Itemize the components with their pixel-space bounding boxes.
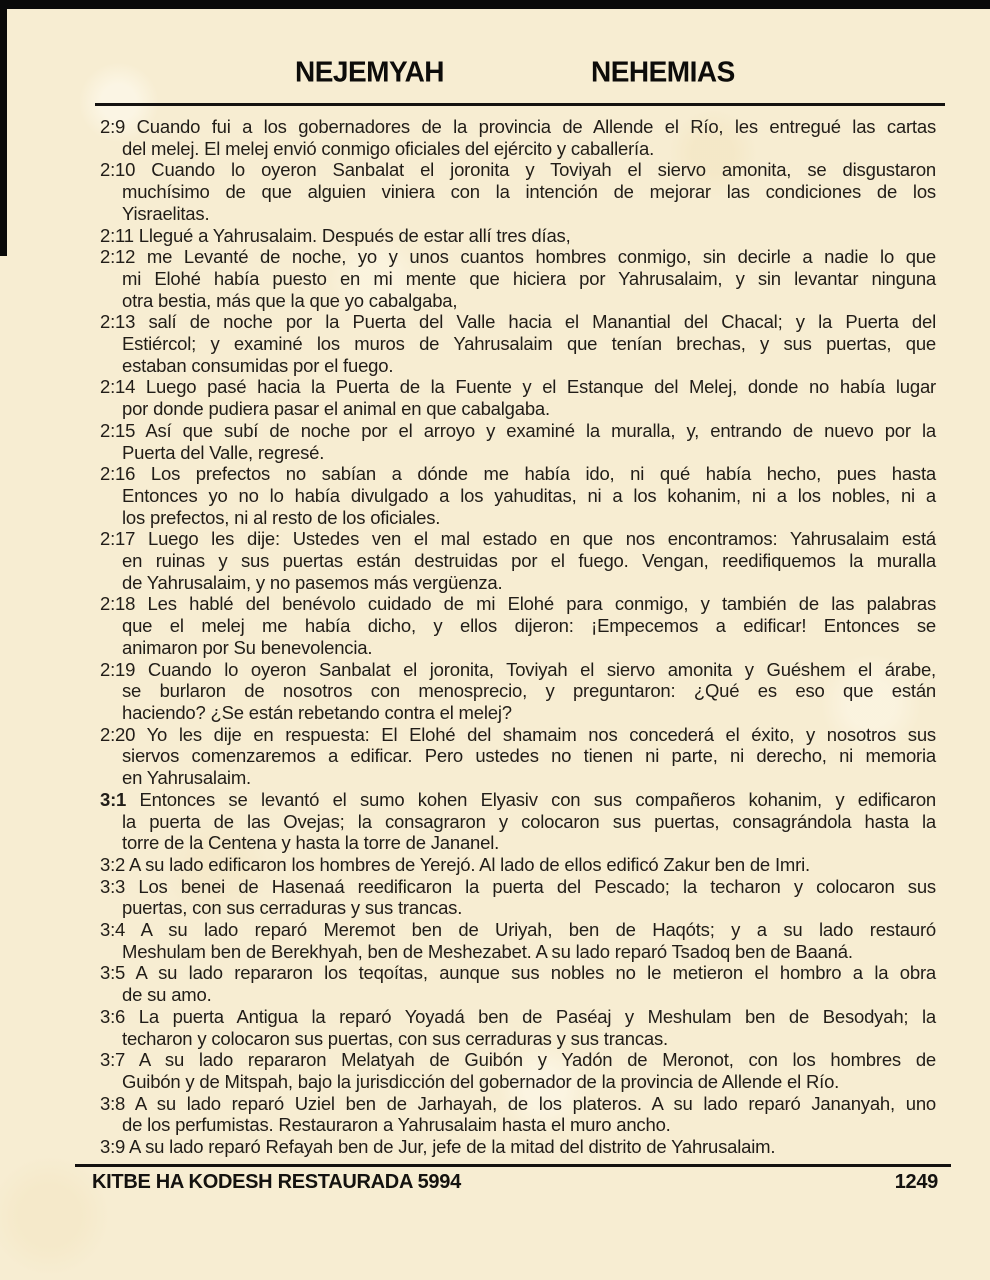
verse-line: 2:9 Cuando fui a los gobernadores de la …: [100, 116, 936, 138]
verse-line: 2:19 Cuando lo oyeron Sanbalat el joroni…: [100, 659, 936, 681]
book-title-transliterated: NEJEMYAH: [295, 55, 444, 88]
verse-line: 3:3 Los benei de Hasenaá reedificaron la…: [100, 876, 936, 898]
verse: 3:9 A su lado reparó Refayah ben de Jur,…: [100, 1136, 936, 1158]
verse-number: 3:6: [100, 1006, 125, 1027]
verse: 3:3 Los benei de Hasenaá reedificaron la…: [100, 876, 936, 919]
verse-line: techaron y colocaron sus puertas, con su…: [100, 1028, 936, 1050]
verse-number: 3:4: [100, 919, 125, 940]
footer-edition-title: KITBE HA KODESH RESTAURADA 5994: [92, 1171, 461, 1194]
verse-line: 3:8 A su lado reparó Uziel ben de Jarhay…: [100, 1093, 936, 1115]
verse-number: 2:20: [100, 724, 135, 745]
verse: 3:6 La puerta Antigua la reparó Yoyadá b…: [100, 1006, 936, 1049]
verse-number: 2:18: [100, 593, 135, 614]
verse-line: Puerta del Valle, regresé.: [100, 442, 936, 464]
verse: 2:12 me Levanté de noche, yo y unos cuan…: [100, 246, 936, 311]
page-edge-left-bar: [0, 0, 7, 256]
verse-number: 3:3: [100, 876, 125, 897]
verse-line: 2:10 Cuando lo oyeron Sanbalat el joroni…: [100, 159, 936, 181]
verse-line: 2:20 Yo les dije en respuesta: El Elohé …: [100, 724, 936, 746]
verse: 2:18 Les hablé del benévolo cuidado de m…: [100, 593, 936, 658]
verse: 2:20 Yo les dije en respuesta: El Elohé …: [100, 724, 936, 789]
verse-number: 3:1: [100, 789, 126, 810]
verse-line: 2:13 salí de noche por la Puerta del Val…: [100, 311, 936, 333]
footer-divider-rule: [75, 1164, 951, 1167]
verse-line: 3:2 A su lado edificaron los hombres de …: [100, 854, 936, 876]
verse: 3:2 A su lado edificaron los hombres de …: [100, 854, 936, 876]
verse-number: 2:11: [100, 225, 134, 246]
verse-line: Estiércol; y examiné los muros de Yahrus…: [100, 333, 936, 355]
verse-line: de los perfumistas. Restauraron a Yahrus…: [100, 1114, 936, 1136]
verse-number: 3:9: [100, 1136, 125, 1157]
verse-line: siervos comenzaremos a edificar. Pero us…: [100, 745, 936, 767]
verse: 3:8 A su lado reparó Uziel ben de Jarhay…: [100, 1093, 936, 1136]
verse-line: en ruinas y sus puertas están destruidas…: [100, 550, 936, 572]
verse-number: 3:5: [100, 962, 125, 983]
verse: 3:5 A su lado repararon los teqoítas, au…: [100, 962, 936, 1005]
verse-number: 3:7: [100, 1049, 125, 1070]
verse-line: 2:11 Llegué a Yahrusalaim. Después de es…: [100, 225, 936, 247]
book-title-spanish: NEHEMIAS: [591, 55, 735, 88]
verse-line: Guibón y de Mitspah, bajo la jurisdicció…: [100, 1071, 936, 1093]
verse-number: 3:2: [100, 854, 125, 875]
verse-number: 3:8: [100, 1093, 125, 1114]
verse: 2:15 Así que subí de noche por el arroyo…: [100, 420, 936, 463]
verse-line: estaban consumidas por el fuego.: [100, 355, 936, 377]
verse-line: Entonces yo no lo había divulgado a los …: [100, 485, 936, 507]
footer-page-number: 1249: [895, 1171, 938, 1194]
verse-line: muchísimo de que alguien viniera con la …: [100, 181, 936, 203]
verse: 3:4 A su lado reparó Meremot ben de Uriy…: [100, 919, 936, 962]
verse-line: 3:9 A su lado reparó Refayah ben de Jur,…: [100, 1136, 936, 1158]
verse-line: por donde pudiera pasar el animal en que…: [100, 398, 936, 420]
verse: 3:1 Entonces se levantó el sumo kohen El…: [100, 789, 936, 854]
verse-line: haciendo? ¿Se están rebetando contra el …: [100, 702, 936, 724]
verse-line: 2:18 Les hablé del benévolo cuidado de m…: [100, 593, 936, 615]
verse-line: la puerta de las Ovejas; la consagraron …: [100, 811, 936, 833]
verse-line: 3:5 A su lado repararon los teqoítas, au…: [100, 962, 936, 984]
verse-line: que el melej me había dicho, y ellos dij…: [100, 615, 936, 637]
scripture-page: { "header": { "title_left": "NEJEMYAH", …: [0, 0, 990, 1280]
verse-list: 2:9 Cuando fui a los gobernadores de la …: [100, 116, 936, 1158]
verse-number: 2:17: [100, 528, 135, 549]
verse-line: 3:6 La puerta Antigua la reparó Yoyadá b…: [100, 1006, 936, 1028]
verse: 2:13 salí de noche por la Puerta del Val…: [100, 311, 936, 376]
verse-line: 2:12 me Levanté de noche, yo y unos cuan…: [100, 246, 936, 268]
verse-line: puertas, con sus cerraduras y sus tranca…: [100, 897, 936, 919]
verse-line: torre de la Centena y hasta la torre de …: [100, 832, 936, 854]
verse: 2:19 Cuando lo oyeron Sanbalat el joroni…: [100, 659, 936, 724]
verse-number: 2:15: [100, 420, 135, 441]
verse-line: mi Elohé había puesto en mi mente que hi…: [100, 268, 936, 290]
verse: 2:11 Llegué a Yahrusalaim. Después de es…: [100, 225, 936, 247]
verse-number: 2:16: [100, 463, 135, 484]
verse-line: animaron por Su benevolencia.: [100, 637, 936, 659]
verse-number: 2:14: [100, 376, 135, 397]
verse-line: de Yahrusalaim, y no pasemos más vergüen…: [100, 572, 936, 594]
verse-number: 2:13: [100, 311, 135, 332]
verse-line: otra bestia, más que la que yo cabalgaba…: [100, 290, 936, 312]
verse-line: en Yahrusalaim.: [100, 767, 936, 789]
verse-line: 3:1 Entonces se levantó el sumo kohen El…: [100, 789, 936, 811]
verse: 2:16 Los prefectos no sabían a dónde me …: [100, 463, 936, 528]
verse-number: 2:12: [100, 246, 135, 267]
verse-line: de su amo.: [100, 984, 936, 1006]
verse-line: 2:16 Los prefectos no sabían a dónde me …: [100, 463, 936, 485]
verse-line: los prefectos, ni al resto de los oficia…: [100, 507, 936, 529]
verse-line: 2:15 Así que subí de noche por el arroyo…: [100, 420, 936, 442]
header-divider-rule: [95, 103, 945, 106]
verse-line: 2:17 Luego les dije: Ustedes ven el mal …: [100, 528, 936, 550]
verse-line: 2:14 Luego pasé hacia la Puerta de la Fu…: [100, 376, 936, 398]
verse: 2:14 Luego pasé hacia la Puerta de la Fu…: [100, 376, 936, 419]
verse-number: 2:10: [100, 159, 135, 180]
verse-number: 2:19: [100, 659, 135, 680]
verse-line: Yisraelitas.: [100, 203, 936, 225]
page-edge-top-bar: [0, 0, 990, 9]
verse-line: del melej. El melej envió conmigo oficia…: [100, 138, 936, 160]
verse-line: 3:4 A su lado reparó Meremot ben de Uriy…: [100, 919, 936, 941]
verse: 3:7 A su lado repararon Melatyah de Guib…: [100, 1049, 936, 1092]
verse-number: 2:9: [100, 116, 125, 137]
verse: 2:9 Cuando fui a los gobernadores de la …: [100, 116, 936, 159]
verse: 2:17 Luego les dije: Ustedes ven el mal …: [100, 528, 936, 593]
verse: 2:10 Cuando lo oyeron Sanbalat el joroni…: [100, 159, 936, 224]
verse-line: se burlaron de nosotros con menosprecio,…: [100, 680, 936, 702]
verse-line: Meshulam ben de Berekhyah, ben de Meshez…: [100, 941, 936, 963]
verse-line: 3:7 A su lado repararon Melatyah de Guib…: [100, 1049, 936, 1071]
